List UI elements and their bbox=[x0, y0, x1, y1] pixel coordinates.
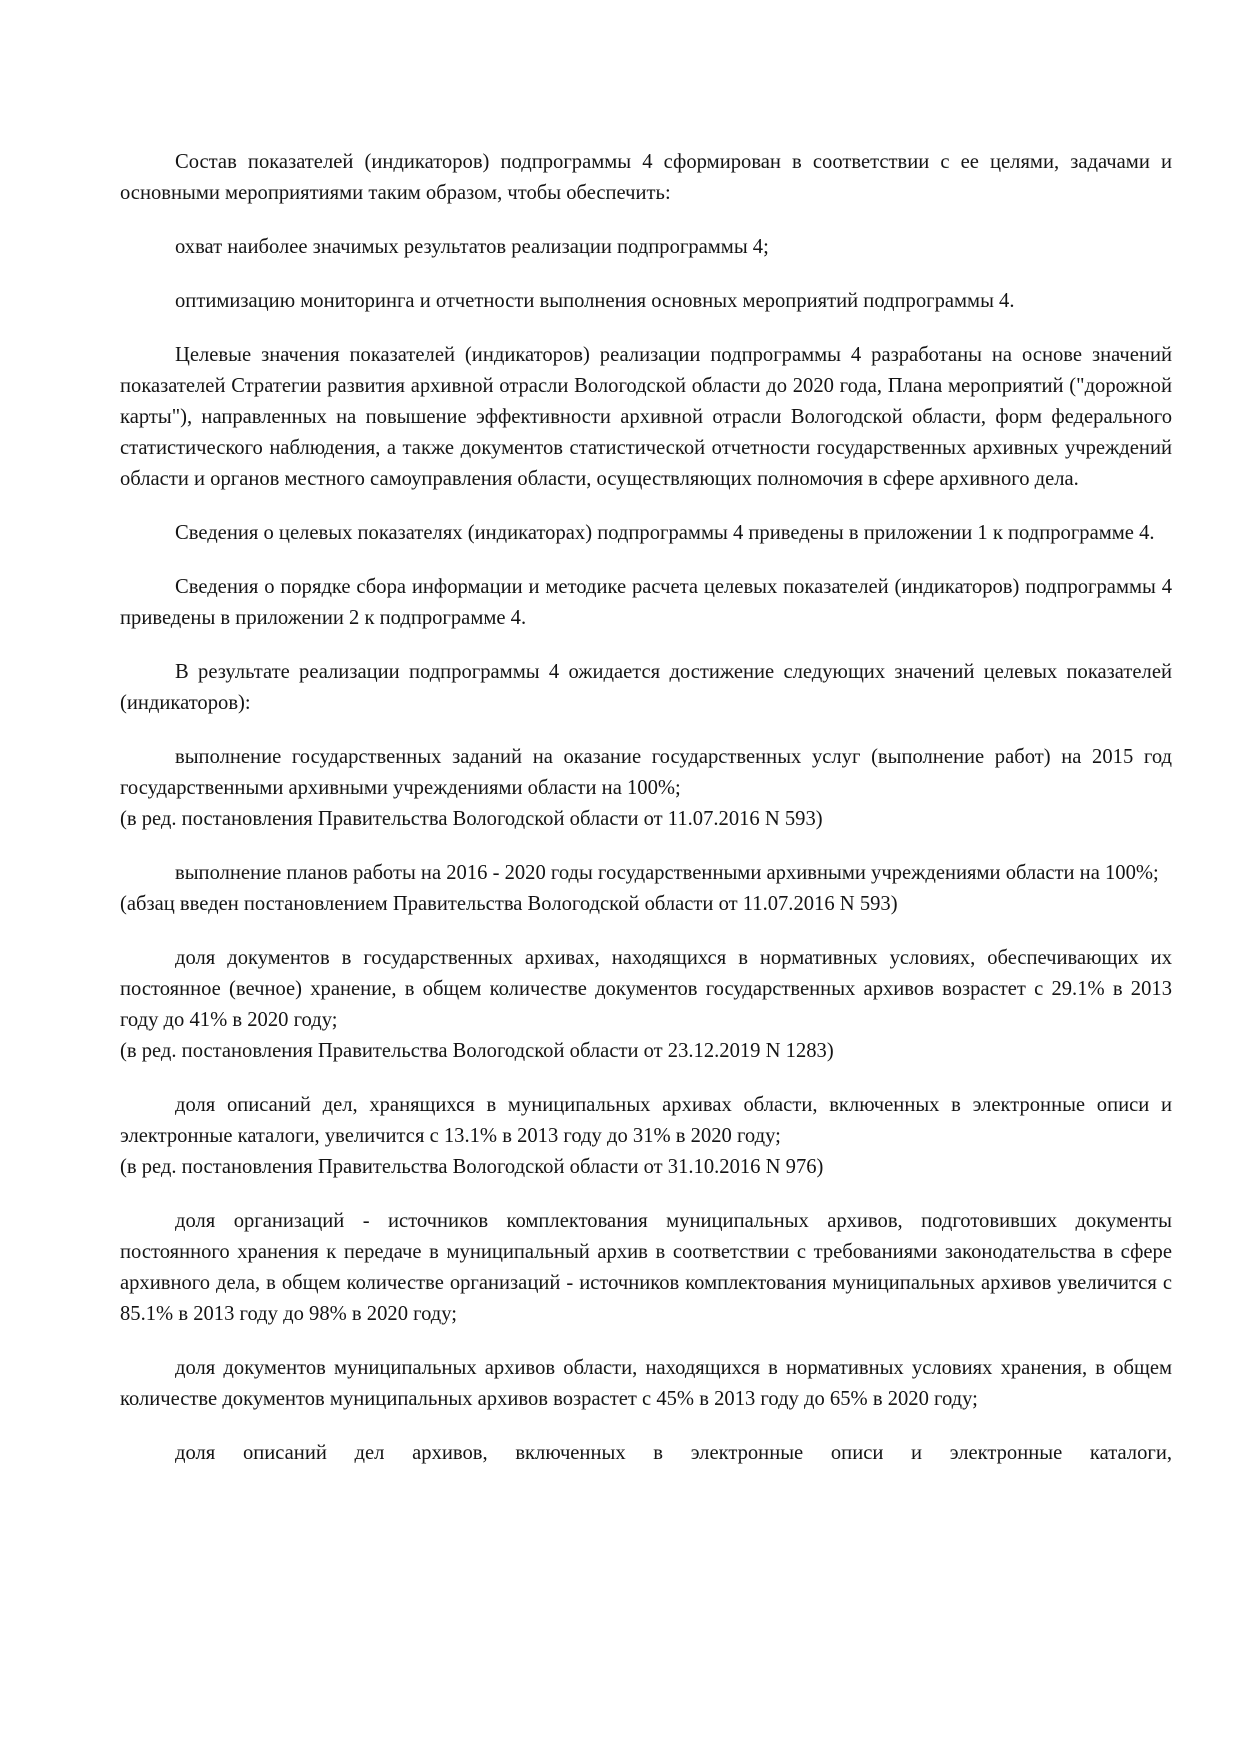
paragraph-state-tasks-2015: выполнение государственных заданий на ок… bbox=[120, 742, 1172, 835]
document-page: Состав показателей (индикаторов) подпрог… bbox=[120, 147, 1172, 1492]
paragraph-text: доля описаний дел архивов, включенных в … bbox=[175, 1442, 1172, 1464]
paragraph-text: Состав показателей (индикаторов) подпрог… bbox=[120, 151, 1172, 204]
paragraph-text: Целевые значения показателей (индикаторо… bbox=[120, 344, 1172, 490]
amendment-note: (в ред. постановления Правительства Воло… bbox=[120, 804, 1172, 835]
paragraph-appendix-2-reference: Сведения о порядке сбора информации и ме… bbox=[120, 572, 1172, 634]
paragraph-target-values-basis: Целевые значения показателей (индикаторо… bbox=[120, 340, 1172, 495]
amendment-note: (в ред. постановления Правительства Воло… bbox=[120, 1036, 1172, 1067]
paragraph-text: доля организаций - источников комплектов… bbox=[120, 1210, 1172, 1325]
paragraph-state-archives-storage: доля документов в государственных архива… bbox=[120, 943, 1172, 1067]
paragraph-text: доля документов муниципальных архивов об… bbox=[120, 1357, 1172, 1410]
paragraph-text: Сведения о порядке сбора информации и ме… bbox=[120, 576, 1172, 629]
paragraph-archive-descriptions: доля описаний дел архивов, включенных в … bbox=[120, 1438, 1172, 1469]
paragraph-acquisition-sources: доля организаций - источников комплектов… bbox=[120, 1206, 1172, 1330]
paragraph-work-plans-2016-2020: выполнение планов работы на 2016 - 2020 … bbox=[120, 858, 1172, 920]
paragraph-indicator-composition: Состав показателей (индикаторов) подпрог… bbox=[120, 147, 1172, 209]
paragraph-text: доля описаний дел, хранящихся в муниципа… bbox=[120, 1094, 1172, 1147]
paragraph-text: В результате реализации подпрограммы 4 о… bbox=[120, 661, 1172, 714]
paragraph-appendix-1-reference: Сведения о целевых показателях (индикато… bbox=[120, 518, 1172, 549]
paragraph-text: Сведения о целевых показателях (индикато… bbox=[175, 522, 1155, 544]
paragraph-coverage: охват наиболее значимых результатов реал… bbox=[120, 232, 1172, 263]
amendment-note: (в ред. постановления Правительства Воло… bbox=[120, 1152, 1172, 1183]
amendment-note: (абзац введен постановлением Правительст… bbox=[120, 889, 1172, 920]
paragraph-text: охват наиболее значимых результатов реал… bbox=[175, 236, 769, 258]
paragraph-text: оптимизацию мониторинга и отчетности вып… bbox=[175, 290, 1015, 312]
paragraph-text: доля документов в государственных архива… bbox=[120, 947, 1172, 1031]
paragraph-municipal-electronic-catalogs: доля описаний дел, хранящихся в муниципа… bbox=[120, 1090, 1172, 1183]
paragraph-text: выполнение государственных заданий на ок… bbox=[120, 746, 1172, 799]
paragraph-text: выполнение планов работы на 2016 - 2020 … bbox=[175, 862, 1159, 884]
paragraph-monitoring-optimization: оптимизацию мониторинга и отчетности вып… bbox=[120, 286, 1172, 317]
paragraph-expected-results: В результате реализации подпрограммы 4 о… bbox=[120, 657, 1172, 719]
paragraph-municipal-storage-conditions: доля документов муниципальных архивов об… bbox=[120, 1353, 1172, 1415]
